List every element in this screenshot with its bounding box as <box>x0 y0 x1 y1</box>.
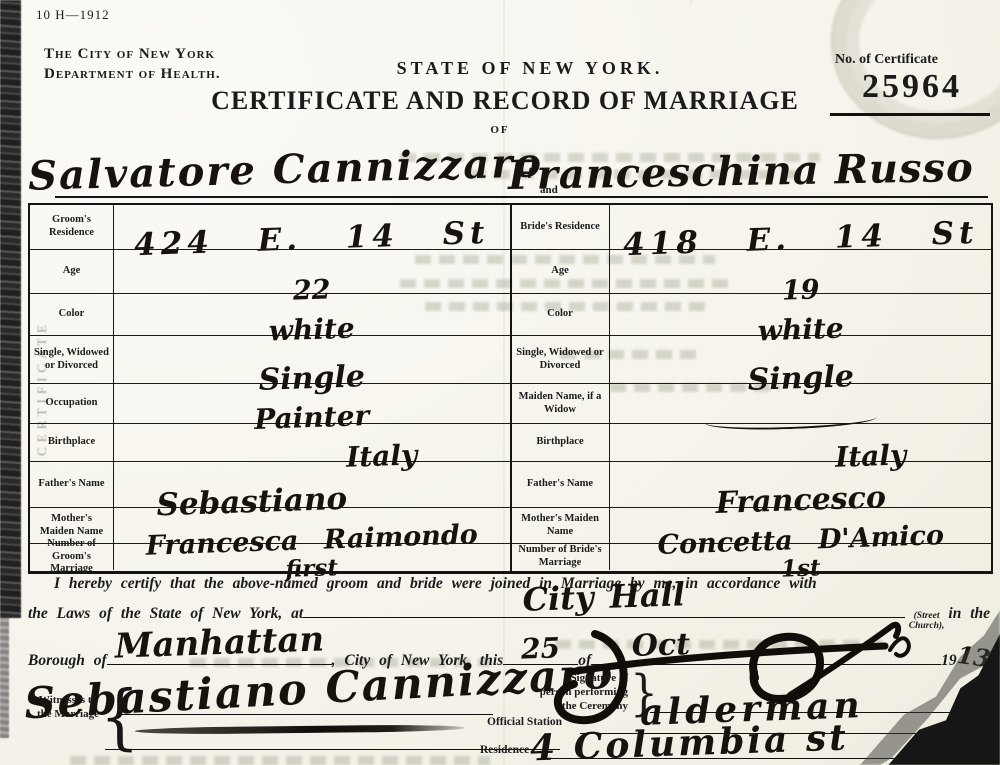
bride-row-label: Color <box>512 294 610 335</box>
table-row: Bride's Residence418 E. 14 St <box>512 205 992 250</box>
bride-column: Bride's Residence418 E. 14 StAge19Colorw… <box>510 205 992 571</box>
table-row: Colorwhite <box>30 294 510 336</box>
groom-row-value: 22 <box>114 250 510 293</box>
scan-edge-strip <box>0 0 21 618</box>
marriage-record-table: Groom's Residence424 E. 14 StAge22Colorw… <box>28 203 993 574</box>
groom-row-label: Age <box>30 250 114 293</box>
line3-prefix: Borough of <box>28 649 107 673</box>
groom-name-handwritten: Salvatore Cannizzaro <box>27 139 543 199</box>
bride-row-value <box>610 384 992 423</box>
table-row: Father's NameFrancesco <box>512 462 992 508</box>
bride-row-label: Birthplace <box>512 424 610 461</box>
table-row: Age22 <box>30 250 510 294</box>
groom-row-label: Number of Groom's Marriage <box>30 544 114 570</box>
table-row: Single, Widowed or DivorcedSingle <box>512 336 992 384</box>
place-blank: City Hall <box>303 603 905 618</box>
certificate-number-underline <box>830 113 990 116</box>
bride-row-value: Concetta D'Amico <box>610 508 992 543</box>
marriage-certificate-document: CERTIFICATE 10 H—1912 The City of New Yo… <box>0 0 1000 765</box>
of-label: OF <box>470 124 530 136</box>
bride-row-label: Single, Widowed or Divorced <box>512 336 610 383</box>
bride-row-label: Maiden Name, if a Widow <box>512 384 610 423</box>
table-row: Colorwhite <box>512 294 992 336</box>
groom-row-value: Sebastiano <box>114 462 510 507</box>
groom-row-value: first <box>114 544 510 570</box>
table-row: Mother's Maiden NameConcetta D'Amico <box>512 508 992 544</box>
groom-row-label: Birthplace <box>30 424 114 461</box>
groom-row-value: white <box>114 294 510 335</box>
document-title: CERTIFICATE AND RECORD OF MARRIAGE <box>155 86 855 116</box>
witness-line-1 <box>118 714 493 715</box>
groom-row-label: Groom's Residence <box>30 205 114 249</box>
table-row: Single, Widowed or DivorcedSingle <box>30 336 510 384</box>
scan-edge-strip-lower <box>0 618 9 738</box>
agency-name: The City of New York Department of Healt… <box>44 44 221 85</box>
officiant-signature-scrawl <box>540 620 940 740</box>
bride-row-label: Mother's Maiden Name <box>512 508 610 543</box>
bride-row-value: white <box>610 294 992 335</box>
certificate-number-label: No. of Certificate <box>835 52 938 68</box>
agency-line2: Department of Health. <box>44 64 221 84</box>
state-title: STATE OF NEW YORK. <box>330 58 730 79</box>
bride-name-handwritten: Franceschina Russo <box>508 144 974 199</box>
bride-row-value: 19 <box>610 250 992 293</box>
officiant-residence-label: Residence <box>480 744 529 756</box>
table-row: Groom's Residence424 E. 14 St <box>30 205 510 250</box>
groom-row-value: Single <box>114 336 510 383</box>
table-row: Father's NameSebastiano <box>30 462 510 508</box>
groom-row-label: Father's Name <box>30 462 114 507</box>
groom-row-value: Francesca Raimondo <box>114 508 510 543</box>
groom-row-value: Italy <box>114 424 510 461</box>
table-row: Maiden Name, if a Widow <box>512 384 992 424</box>
bride-row-label: Father's Name <box>512 462 610 507</box>
table-row: Number of Groom's Marriagefirst <box>30 544 510 570</box>
groom-row-label: Occupation <box>30 384 114 423</box>
table-row: BirthplaceItaly <box>30 424 510 462</box>
borough-blank: Manhattan <box>107 650 332 665</box>
table-row: Number of Bride's Marriage1st <box>512 544 992 570</box>
names-underline <box>55 196 988 198</box>
groom-row-value: Painter <box>114 384 510 423</box>
groom-row-label: Single, Widowed or Divorced <box>30 336 114 383</box>
groom-row-label: Color <box>30 294 114 335</box>
groom-row-value: 424 E. 14 St <box>114 205 510 249</box>
groom-column: Groom's Residence424 E. 14 StAge22Colorw… <box>30 205 510 571</box>
agency-line1: The City of New York <box>44 44 221 64</box>
table-row: OccupationPainter <box>30 384 510 424</box>
bride-row-label: Bride's Residence <box>512 205 610 249</box>
form-number: 10 H—1912 <box>36 7 110 23</box>
bride-row-value: Italy <box>610 424 992 461</box>
bride-row-value: Single <box>610 336 992 383</box>
line2-suffix: in the <box>948 602 990 626</box>
bride-row-label: Number of Bride's Marriage <box>512 544 610 570</box>
certificate-number: 25964 <box>832 68 992 106</box>
table-row: BirthplaceItaly <box>512 424 992 462</box>
bride-row-value: 418 E. 14 St <box>610 205 992 249</box>
table-row: Age19 <box>512 250 992 294</box>
bride-row-label: Age <box>512 250 610 293</box>
bride-row-value: Francesco <box>610 462 992 507</box>
pen-stroke <box>135 724 465 734</box>
